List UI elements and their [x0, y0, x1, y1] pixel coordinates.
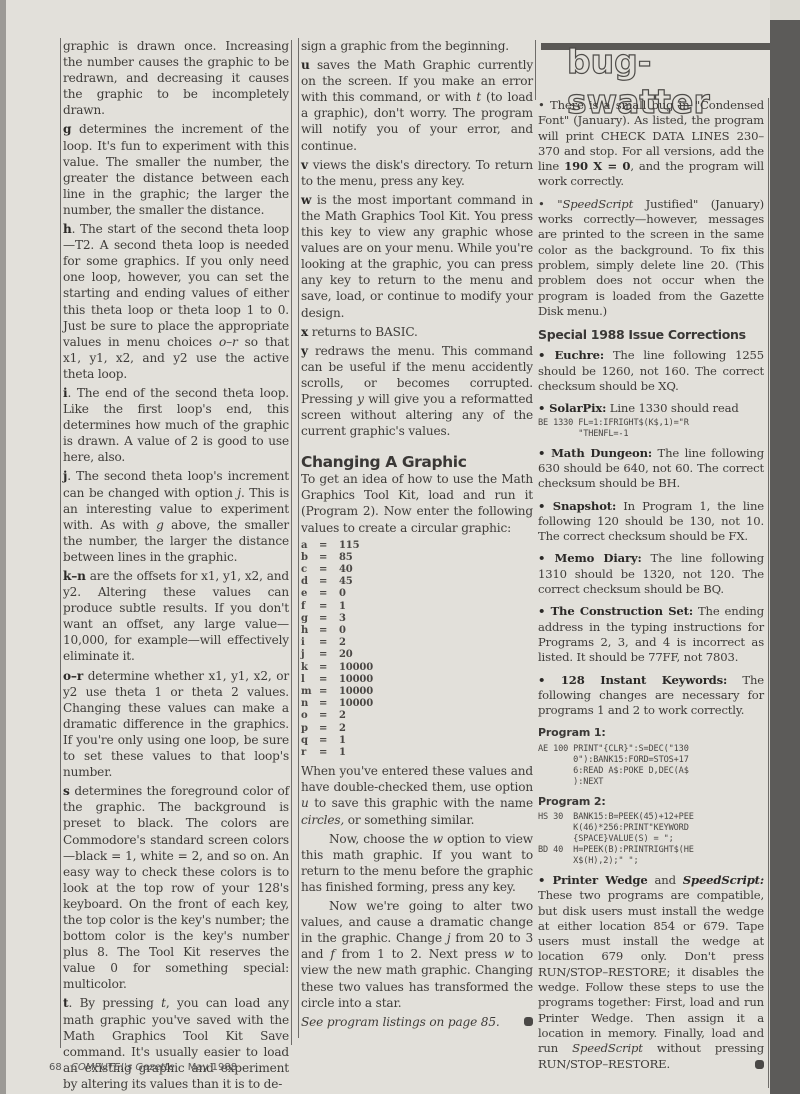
value-row: d=45: [301, 576, 533, 588]
paragraph: sign a graphic from the beginning.: [301, 38, 533, 54]
correction-euchre: • Euchre: The line following 1255 should…: [538, 348, 764, 394]
option-h: h. The start of the second theta loop—T2…: [63, 221, 289, 382]
value-row: g=3: [301, 613, 533, 625]
code-listing: BE 1330 FL=1:IFRIGHT$(K$,1)="R "THENFL=-…: [538, 418, 764, 440]
correction-construction-set: • The Construction Set: The ending addre…: [538, 604, 764, 665]
option-j: j. The second theta loop's increment can…: [63, 468, 289, 565]
value-row: o=2: [301, 710, 533, 722]
correction-printer-wedge: • Printer Wedge and SpeedScript: These t…: [538, 873, 764, 1072]
section-heading: Changing A Graphic: [301, 453, 533, 471]
value-row: e=0: [301, 588, 533, 600]
paragraph: Now, choose the w option to view this ma…: [301, 831, 533, 895]
value-row: p=2: [301, 723, 533, 735]
section-heading: Special 1988 Issue Corrections: [538, 327, 764, 342]
column-3: • There is a small bug in "Condensed Fon…: [538, 98, 769, 1088]
option-y: y redraws the menu. This command can be …: [301, 343, 533, 440]
paragraph: To get an idea of how to use the Math Gr…: [301, 471, 533, 535]
column-1: graphic is drawn once. Increasing the nu…: [60, 38, 289, 1048]
value-row: n=10000: [301, 698, 533, 710]
option-u: u saves the Math Graphic currently on th…: [301, 57, 533, 154]
option-t: t. By pressing t, you can load any math …: [63, 995, 289, 1092]
correction-math-dungeon: • Math Dungeon: The line following 630 s…: [538, 446, 764, 492]
value-row: h=0: [301, 625, 533, 637]
bug-item: • There is a small bug in "Condensed Fon…: [538, 98, 764, 190]
correction-snapshot: • Snapshot: In Program 1, the line follo…: [538, 499, 764, 545]
paragraph: When you've entered these values and hav…: [301, 763, 533, 827]
correction-solarpix: • SolarPix: Line 1330 should read: [538, 401, 764, 416]
program-label: Program 1:: [538, 725, 764, 740]
issue-date: May 1988: [188, 1062, 237, 1073]
option-i: i. The end of the second theta loop. Lik…: [63, 385, 289, 465]
value-row: f=1: [301, 601, 533, 613]
bug-item: • "SpeedScript Justified" (January) work…: [538, 197, 764, 319]
option-w: w is the most important command in the M…: [301, 192, 533, 321]
value-row: r=1: [301, 747, 533, 759]
value-row: k=10000: [301, 662, 533, 674]
value-list: a=115 b=85 c=40 d=45 e=0 f=1 g=3 h=0 i=2…: [301, 540, 533, 760]
magazine-page: graphic is drawn once. Increasing the nu…: [0, 0, 770, 1094]
code-listing: HS 30 BANK15:B=PEEK(45)+12+PEE K(46)*256…: [538, 812, 764, 867]
value-row: l=10000: [301, 674, 533, 686]
value-row: b=85: [301, 552, 533, 564]
correction-memo-diary: • Memo Diary: The line following 1310 sh…: [538, 551, 764, 597]
value-row: a=115: [301, 540, 533, 552]
column-2: sign a graphic from the beginning. u sav…: [298, 38, 533, 1038]
end-mark-icon: [755, 1060, 764, 1069]
option-s: s determines the foreground color of the…: [63, 783, 289, 992]
program-label: Program 2:: [538, 794, 764, 809]
correction-instant-keywords: • 128 Instant Keywords: The following ch…: [538, 673, 764, 719]
option-x: x returns to BASIC.: [301, 324, 533, 340]
column-divider: [535, 40, 536, 100]
option-v: v views the disk's directory. To return …: [301, 157, 533, 189]
value-row: c=40: [301, 564, 533, 576]
value-row: j=20: [301, 649, 533, 661]
paragraph: graphic is drawn once. Increasing the nu…: [63, 38, 289, 118]
column-divider: [291, 40, 292, 1045]
listing-reference: See program listings on page 85.: [301, 1014, 533, 1030]
option-k-n: k–n are the offsets for x1, y1, x2, and …: [63, 568, 289, 665]
page-binding-edge: [0, 0, 6, 1094]
value-row: q=1: [301, 735, 533, 747]
option-g: g determines the increment of the loop. …: [63, 121, 289, 218]
scan-background-edge: [770, 20, 800, 1094]
option-o-r: o–r determine whether x1, y1, x2, or y2 …: [63, 668, 289, 781]
page-number: 68: [49, 1062, 62, 1073]
value-row: i=2: [301, 637, 533, 649]
end-mark-icon: [524, 1017, 533, 1026]
code-listing: AE 100 PRINT"{CLR}":S=DEC("130 0"):BANK1…: [538, 744, 764, 788]
page-footer: 68 COMPUTE!'s Gazette May 1988: [49, 1062, 237, 1073]
bug-swatter-banner: bug-swatter: [541, 40, 773, 92]
magazine-name: COMPUTE!'s Gazette: [71, 1062, 175, 1073]
paragraph: Now we're going to alter two values, and…: [301, 898, 533, 1011]
value-row: m=10000: [301, 686, 533, 698]
